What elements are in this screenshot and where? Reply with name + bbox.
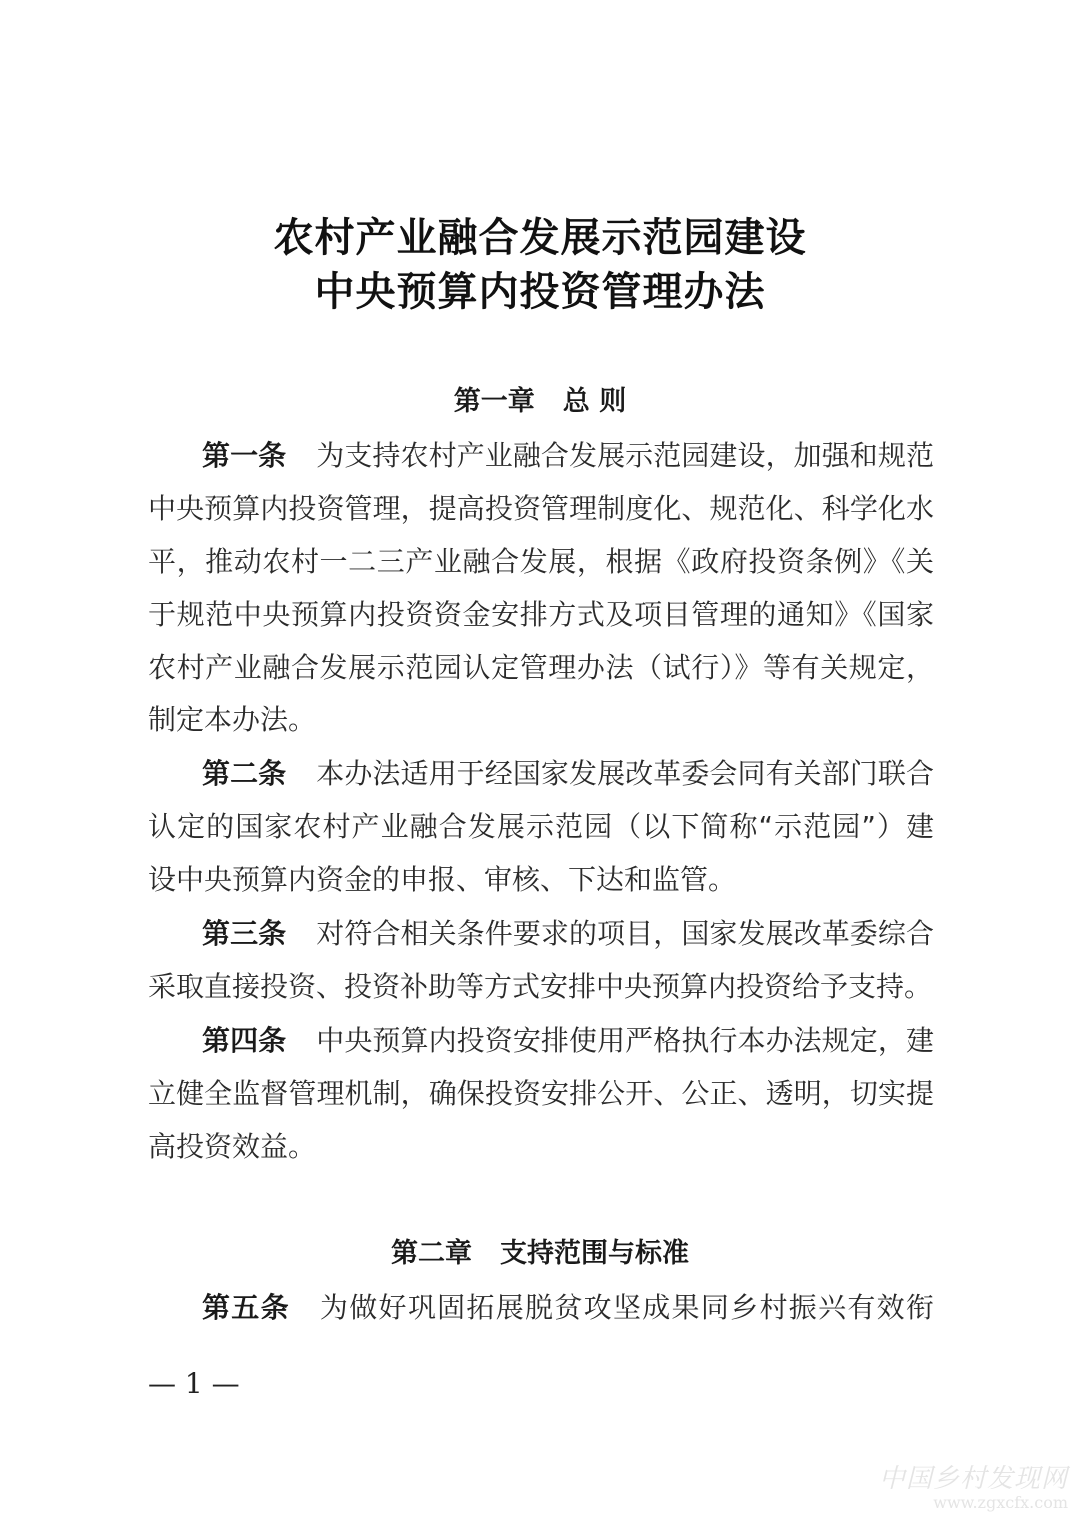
article-text: 本办法适用于经国家发展改革委会同有关部门联合 [316, 757, 934, 790]
watermark-url: www.zgxcfx.com [879, 1494, 1068, 1512]
article-4-line-2: 立健全监督管理机制，确保投资安排公开、公正、透明，切实提 [148, 1074, 934, 1114]
document-title-line-1: 农村产业融合发展示范园建设 [0, 208, 1080, 268]
article-4-line-1: 第四条中央预算内投资安排使用严格执行本办法规定，建 [202, 1021, 934, 1061]
article-text: 为做好巩固拓展脱贫攻坚成果同乡村振兴有效衔 [320, 1291, 934, 1324]
chapter-name: 总 则 [563, 386, 626, 417]
article-1-line-1: 第一条为支持农村产业融合发展示范园建设，加强和规范 [202, 436, 934, 476]
article-3-line-1: 第三条对符合相关条件要求的项目，国家发展改革委综合 [202, 914, 934, 954]
article-2-line-3: 设中央预算内资金的申报、审核、下达和监管。 [148, 860, 934, 900]
article-text: 为支持农村产业融合发展示范园建设，加强和规范 [316, 439, 934, 472]
article-text: 对符合相关条件要求的项目，国家发展改革委综合 [316, 917, 934, 950]
chapter-label: 第二章 [391, 1238, 472, 1269]
article-text: 中央预算内投资安排使用严格执行本办法规定，建 [316, 1024, 934, 1057]
article-label: 第三条 [202, 917, 286, 950]
page-number: — 1 — [148, 1364, 240, 1404]
article-5-line-1: 第五条为做好巩固拓展脱贫攻坚成果同乡村振兴有效衔 [202, 1288, 934, 1328]
article-2-line-2: 认定的国家农村产业融合发展示范园（以下简称“示范园”）建 [148, 807, 934, 847]
chapter-label: 第一章 [454, 386, 535, 417]
chapter-heading-2: 第二章支持范围与标准 [0, 1234, 1080, 1274]
chapter-heading-1: 第一章总 则 [0, 382, 1080, 422]
chapter-name: 支持范围与标准 [500, 1238, 689, 1269]
article-2-line-1: 第二条本办法适用于经国家发展改革委会同有关部门联合 [202, 754, 934, 794]
article-3-line-2: 采取直接投资、投资补助等方式安排中央预算内投资给予支持。 [148, 967, 934, 1007]
article-label: 第四条 [202, 1024, 286, 1057]
article-1-line-6: 制定本办法。 [148, 700, 934, 740]
article-label: 第五条 [202, 1291, 290, 1324]
watermark-site-name: 中国乡村发现网 [879, 1464, 1068, 1494]
article-1-line-5: 农村产业融合发展示范园认定管理办法（试行）》等有关规定， [148, 648, 934, 688]
article-1-line-2: 中央预算内投资管理，提高投资管理制度化、规范化、科学化水 [148, 489, 934, 529]
watermark: 中国乡村发现网 www.zgxcfx.com [879, 1464, 1068, 1512]
article-label: 第二条 [202, 757, 286, 790]
document-title-line-2: 中央预算内投资管理办法 [0, 262, 1080, 322]
article-label: 第一条 [202, 439, 286, 472]
article-1-line-4: 于规范中央预算内投资资金安排方式及项目管理的通知》《国家 [148, 595, 934, 635]
article-1-line-3: 平，推动农村一二三产业融合发展，根据《政府投资条例》《关 [148, 542, 934, 582]
document-page: 农村产业融合发展示范园建设 中央预算内投资管理办法 第一章总 则 第一条为支持农… [0, 0, 1080, 1526]
article-4-line-3: 高投资效益。 [148, 1127, 934, 1167]
